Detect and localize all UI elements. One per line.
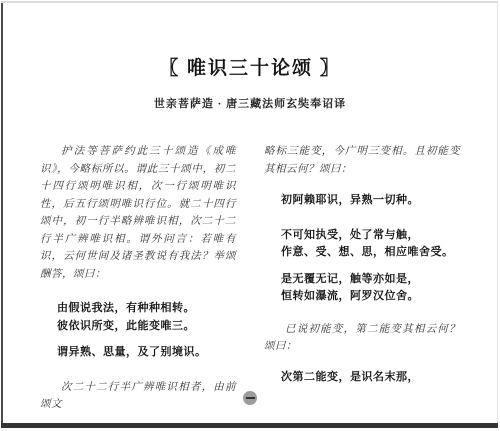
verse-line: 恒转如瀑流，阿罗汉位舍。 xyxy=(281,288,460,306)
verse-line: 是无覆无记，触等亦如是， xyxy=(281,271,460,289)
verse-line: 初阿赖耶识，异熟一切种。 xyxy=(281,192,460,210)
page-edge-left xyxy=(1,2,3,425)
two-column-text: 护法等菩萨约此三十颂造《成唯识》，今略标所以。谓此三十颂中，初二十四行颂明唯识相… xyxy=(0,143,500,414)
verse-line: 彼依识所变，此能变唯三。 xyxy=(57,318,236,336)
right-column: 略标三能变，今广明三变相。且初能变其相云何？颂曰： 初阿赖耶识，异熟一切种。 不… xyxy=(264,143,460,414)
verse-stanza: 由假说我法，有种种相转。 彼依识所变，此能变唯三。 xyxy=(40,300,236,335)
prose-paragraph: 护法等菩萨约此三十颂造《成唯识》，今略标所以。谓此三十颂中，初二十四行颂明唯识相… xyxy=(40,143,236,283)
book-page: 〖 唯识三十论颂 〗 世亲菩萨造 · 唐三藏法师玄奘奉诏译 护法等菩萨约此三十颂… xyxy=(0,0,500,431)
verse-stanza: 是无覆无记，触等亦如是， 恒转如瀑流，阿罗汉位舍。 xyxy=(264,271,460,306)
minus-dash xyxy=(246,397,255,399)
page-edge-top xyxy=(1,1,498,3)
verse-stanza: 不可知执受，处了常与触， 作意、受、想、思，相应唯舍受。 xyxy=(264,227,460,262)
verse-line: 不可知执受，处了常与触， xyxy=(281,227,460,245)
page-subtitle: 世亲菩萨造 · 唐三藏法师玄奘奉诏译 xyxy=(0,97,500,111)
page-bottom-ornament xyxy=(243,391,257,405)
prose-paragraph: 已说初能变，第二能变其相云何？颂曰： xyxy=(264,321,460,356)
verse-stanza: 谓异熟、思量，及了别境识。 xyxy=(40,344,236,362)
minus-circle-icon[interactable] xyxy=(243,391,257,405)
page-edge-bottom xyxy=(1,423,498,428)
verse-line: 谓异熟、思量，及了别境识。 xyxy=(57,344,236,362)
prose-paragraph: 次二十二行半广辨唯识相者，由前颂文 xyxy=(40,379,236,414)
verse-stanza: 次第二能变，是识名末那， xyxy=(264,369,460,387)
verse-line: 作意、受、想、思，相应唯舍受。 xyxy=(281,244,460,262)
prose-paragraph: 略标三能变，今广明三变相。且初能变其相云何？颂曰： xyxy=(264,143,460,178)
verse-line: 次第二能变，是识名末那， xyxy=(281,369,460,387)
verse-stanza: 初阿赖耶识，异熟一切种。 xyxy=(264,192,460,210)
page-title: 〖 唯识三十论颂 〗 xyxy=(0,58,500,80)
left-column: 护法等菩萨约此三十颂造《成唯识》，今略标所以。谓此三十颂中，初二十四行颂明唯识相… xyxy=(40,143,236,414)
page-edge-right xyxy=(497,2,498,425)
verse-line: 由假说我法，有种种相转。 xyxy=(57,300,236,318)
